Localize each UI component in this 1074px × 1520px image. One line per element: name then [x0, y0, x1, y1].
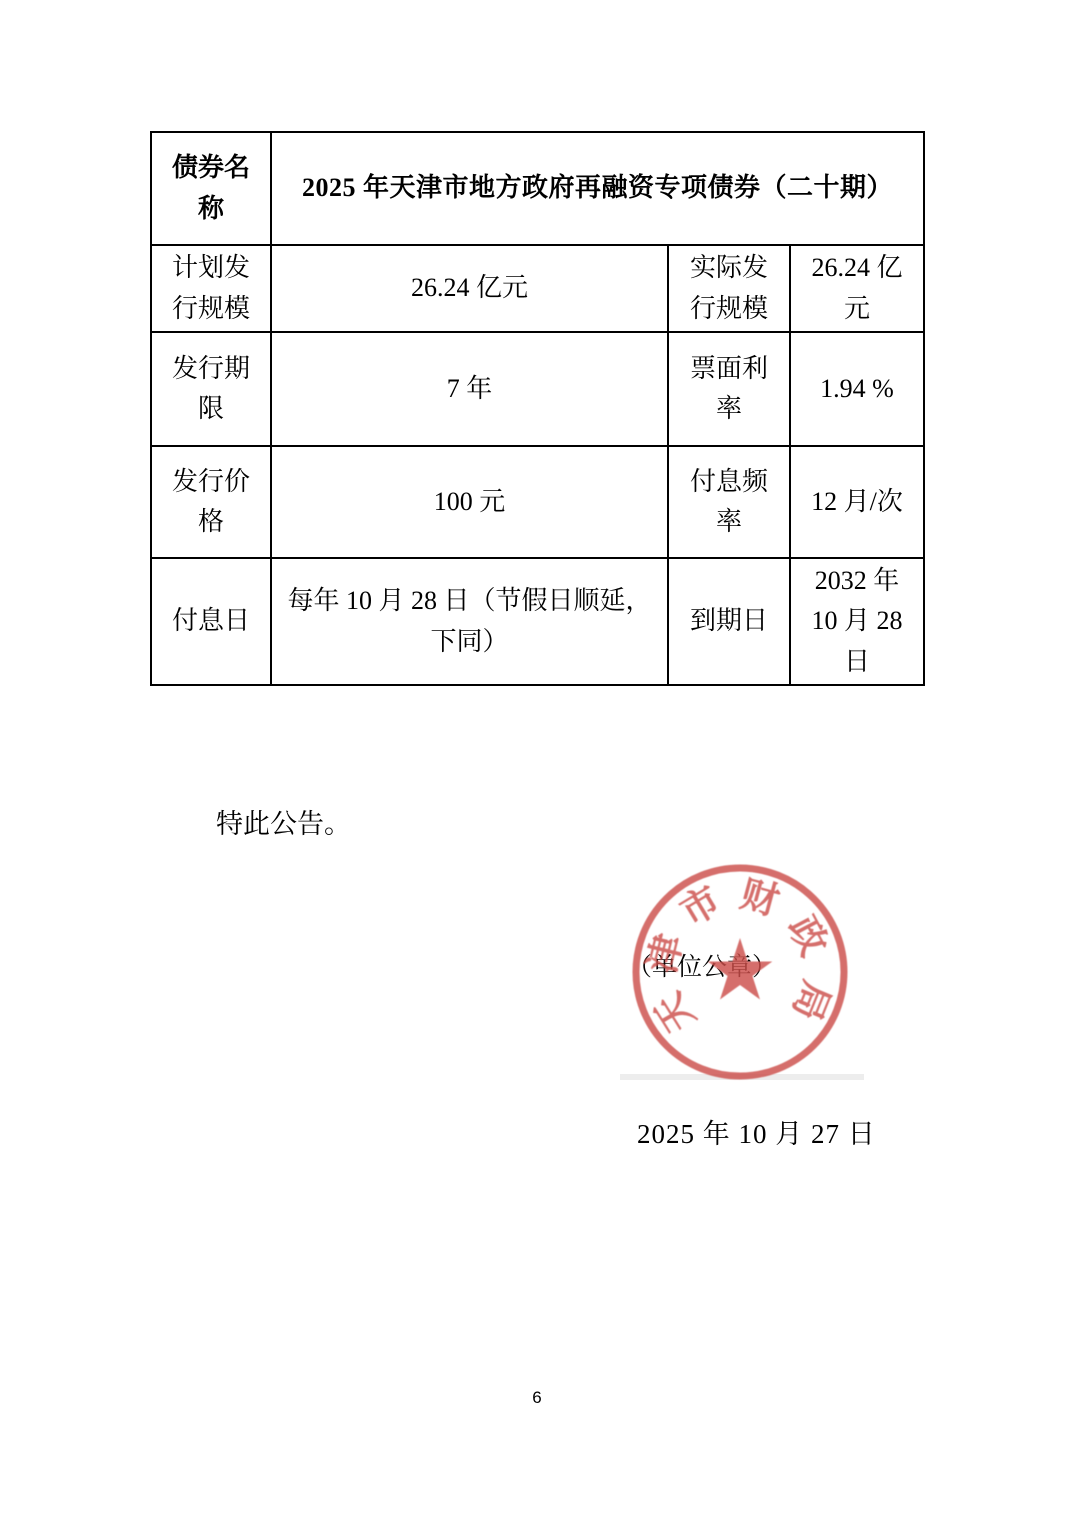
maturity-date-label-cell: 到期日	[668, 558, 790, 685]
interest-date-label-cell: 付息日	[151, 558, 271, 685]
actual-size-value-cell: 26.24 亿 元	[790, 245, 924, 332]
table-row-dates: 付息日 每年 10 月 28 日（节假日顺延， 下同） 到期日 2032 年 1…	[151, 558, 924, 685]
table-row-bond-name: 债券名 称 2025 年天津市地方政府再融资专项债券（二十期）	[151, 132, 924, 245]
seal-star-icon	[708, 938, 773, 1000]
document-page: 债券名 称 2025 年天津市地方政府再融资专项债券（二十期） 计划发 行规模 …	[0, 0, 1074, 1520]
payment-frequency-value-cell: 12 月/次	[790, 446, 924, 558]
planned-size-value-cell: 26.24 亿元	[271, 245, 668, 332]
issue-price-label-cell: 发行价 格	[151, 446, 271, 558]
official-seal: 天 津 市 财 政 局	[617, 849, 863, 1095]
bond-info-table: 债券名 称 2025 年天津市地方政府再融资专项债券（二十期） 计划发 行规模 …	[150, 131, 925, 686]
planned-size-label-cell: 计划发 行规模	[151, 245, 271, 332]
coupon-rate-value-cell: 1.94 %	[790, 332, 924, 446]
table-row-issue-size: 计划发 行规模 26.24 亿元 实际发 行规模 26.24 亿 元	[151, 245, 924, 332]
bond-name-label-cell: 债券名 称	[151, 132, 271, 245]
issue-term-value-cell: 7 年	[271, 332, 668, 446]
document-date: 2025 年 10 月 27 日	[637, 1112, 876, 1151]
payment-frequency-label-cell: 付息频 率	[668, 446, 790, 558]
issue-term-label-cell: 发行期 限	[151, 332, 271, 446]
issue-price-value-cell: 100 元	[271, 446, 668, 558]
seal-char: 津	[641, 930, 691, 977]
table-row-price-frequency: 发行价 格 100 元 付息频 率 12 月/次	[151, 446, 924, 558]
page-number: 6	[0, 1388, 1074, 1408]
actual-size-label-cell: 实际发 行规模	[668, 245, 790, 332]
bond-name-value-cell: 2025 年天津市地方政府再融资专项债券（二十期）	[271, 132, 924, 245]
seal-char: 局	[784, 975, 837, 1026]
maturity-date-value-cell: 2032 年 10 月 28 日	[790, 558, 924, 685]
closing-statement: 特此公告。	[216, 802, 351, 841]
table-row-term-rate: 发行期 限 7 年 票面利 率 1.94 %	[151, 332, 924, 446]
coupon-rate-label-cell: 票面利 率	[668, 332, 790, 446]
seal-char: 财	[736, 873, 784, 923]
interest-date-value-cell: 每年 10 月 28 日（节假日顺延， 下同）	[271, 558, 668, 685]
